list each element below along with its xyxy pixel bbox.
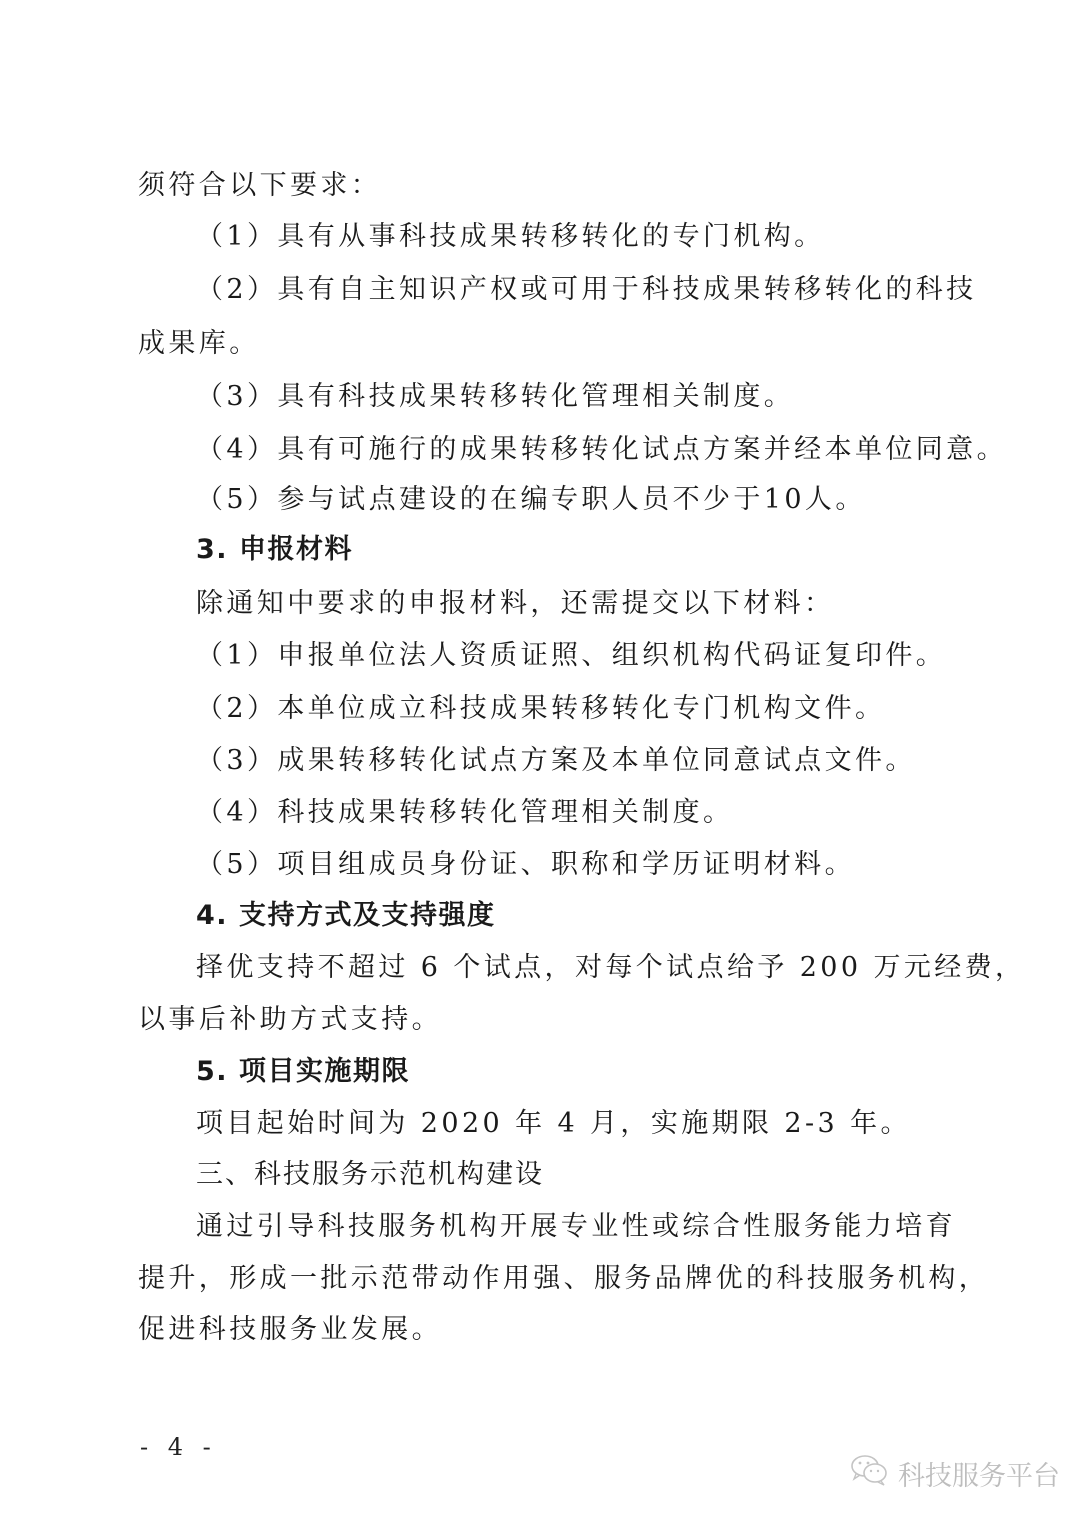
text-line: 以事后补助方式支持。 — [138, 1002, 948, 1038]
text-line: （1）申报单位法人资质证照、组织机构代码证复印件。 — [196, 638, 1006, 674]
document-page: 须符合以下要求：（1）具有从事科技成果转移转化的专门机构。（2）具有自主知识产权… — [0, 0, 1080, 1527]
text-line: 通过引导科技服务机构开展专业性或综合性服务能力培育 — [196, 1209, 1006, 1245]
section-heading: 3. 申报材料 — [196, 532, 1006, 568]
text-line: 促进科技服务业发展。 — [138, 1312, 948, 1348]
text-line: 项目起始时间为 2020 年 4 月，实施期限 2-3 年。 — [196, 1106, 1006, 1142]
text-line: （5）参与试点建设的在编专职人员不少于10人。 — [196, 482, 1006, 518]
watermark: 科技服务平台 — [850, 1453, 1060, 1494]
text-line: （5）项目组成员身份证、职称和学历证明材料。 — [196, 847, 1006, 883]
text-line: （3）成果转移转化试点方案及本单位同意试点文件。 — [196, 743, 1006, 779]
text-line: 择优支持不超过 6 个试点，对每个试点给予 200 万元经费， — [196, 950, 1006, 986]
text-line: （4）科技成果转移转化管理相关制度。 — [196, 795, 1006, 831]
page-number: - 4 - — [140, 1433, 217, 1461]
text-line: 须符合以下要求： — [138, 168, 948, 204]
text-line: （2）本单位成立科技成果转移转化专门机构文件。 — [196, 691, 1006, 727]
wechat-icon — [850, 1453, 890, 1494]
text-line: 成果库。 — [138, 326, 948, 362]
section-heading: 5. 项目实施期限 — [196, 1054, 1006, 1090]
text-line: （1）具有从事科技成果转移转化的专门机构。 — [196, 219, 1006, 255]
watermark-text: 科技服务平台 — [898, 1454, 1060, 1493]
section-heading: 4. 支持方式及支持强度 — [196, 898, 1006, 934]
section-heading: 三、科技服务示范机构建设 — [196, 1157, 1006, 1193]
text-line: （4）具有可施行的成果转移转化试点方案并经本单位同意。 — [196, 432, 1006, 468]
text-line: （3）具有科技成果转移转化管理相关制度。 — [196, 379, 1006, 415]
text-line: 除通知中要求的申报材料，还需提交以下材料： — [196, 586, 1006, 622]
text-line: （2）具有自主知识产权或可用于科技成果转移转化的科技 — [196, 272, 1006, 308]
text-line: 提升，形成一批示范带动作用强、服务品牌优的科技服务机构， — [138, 1261, 948, 1297]
